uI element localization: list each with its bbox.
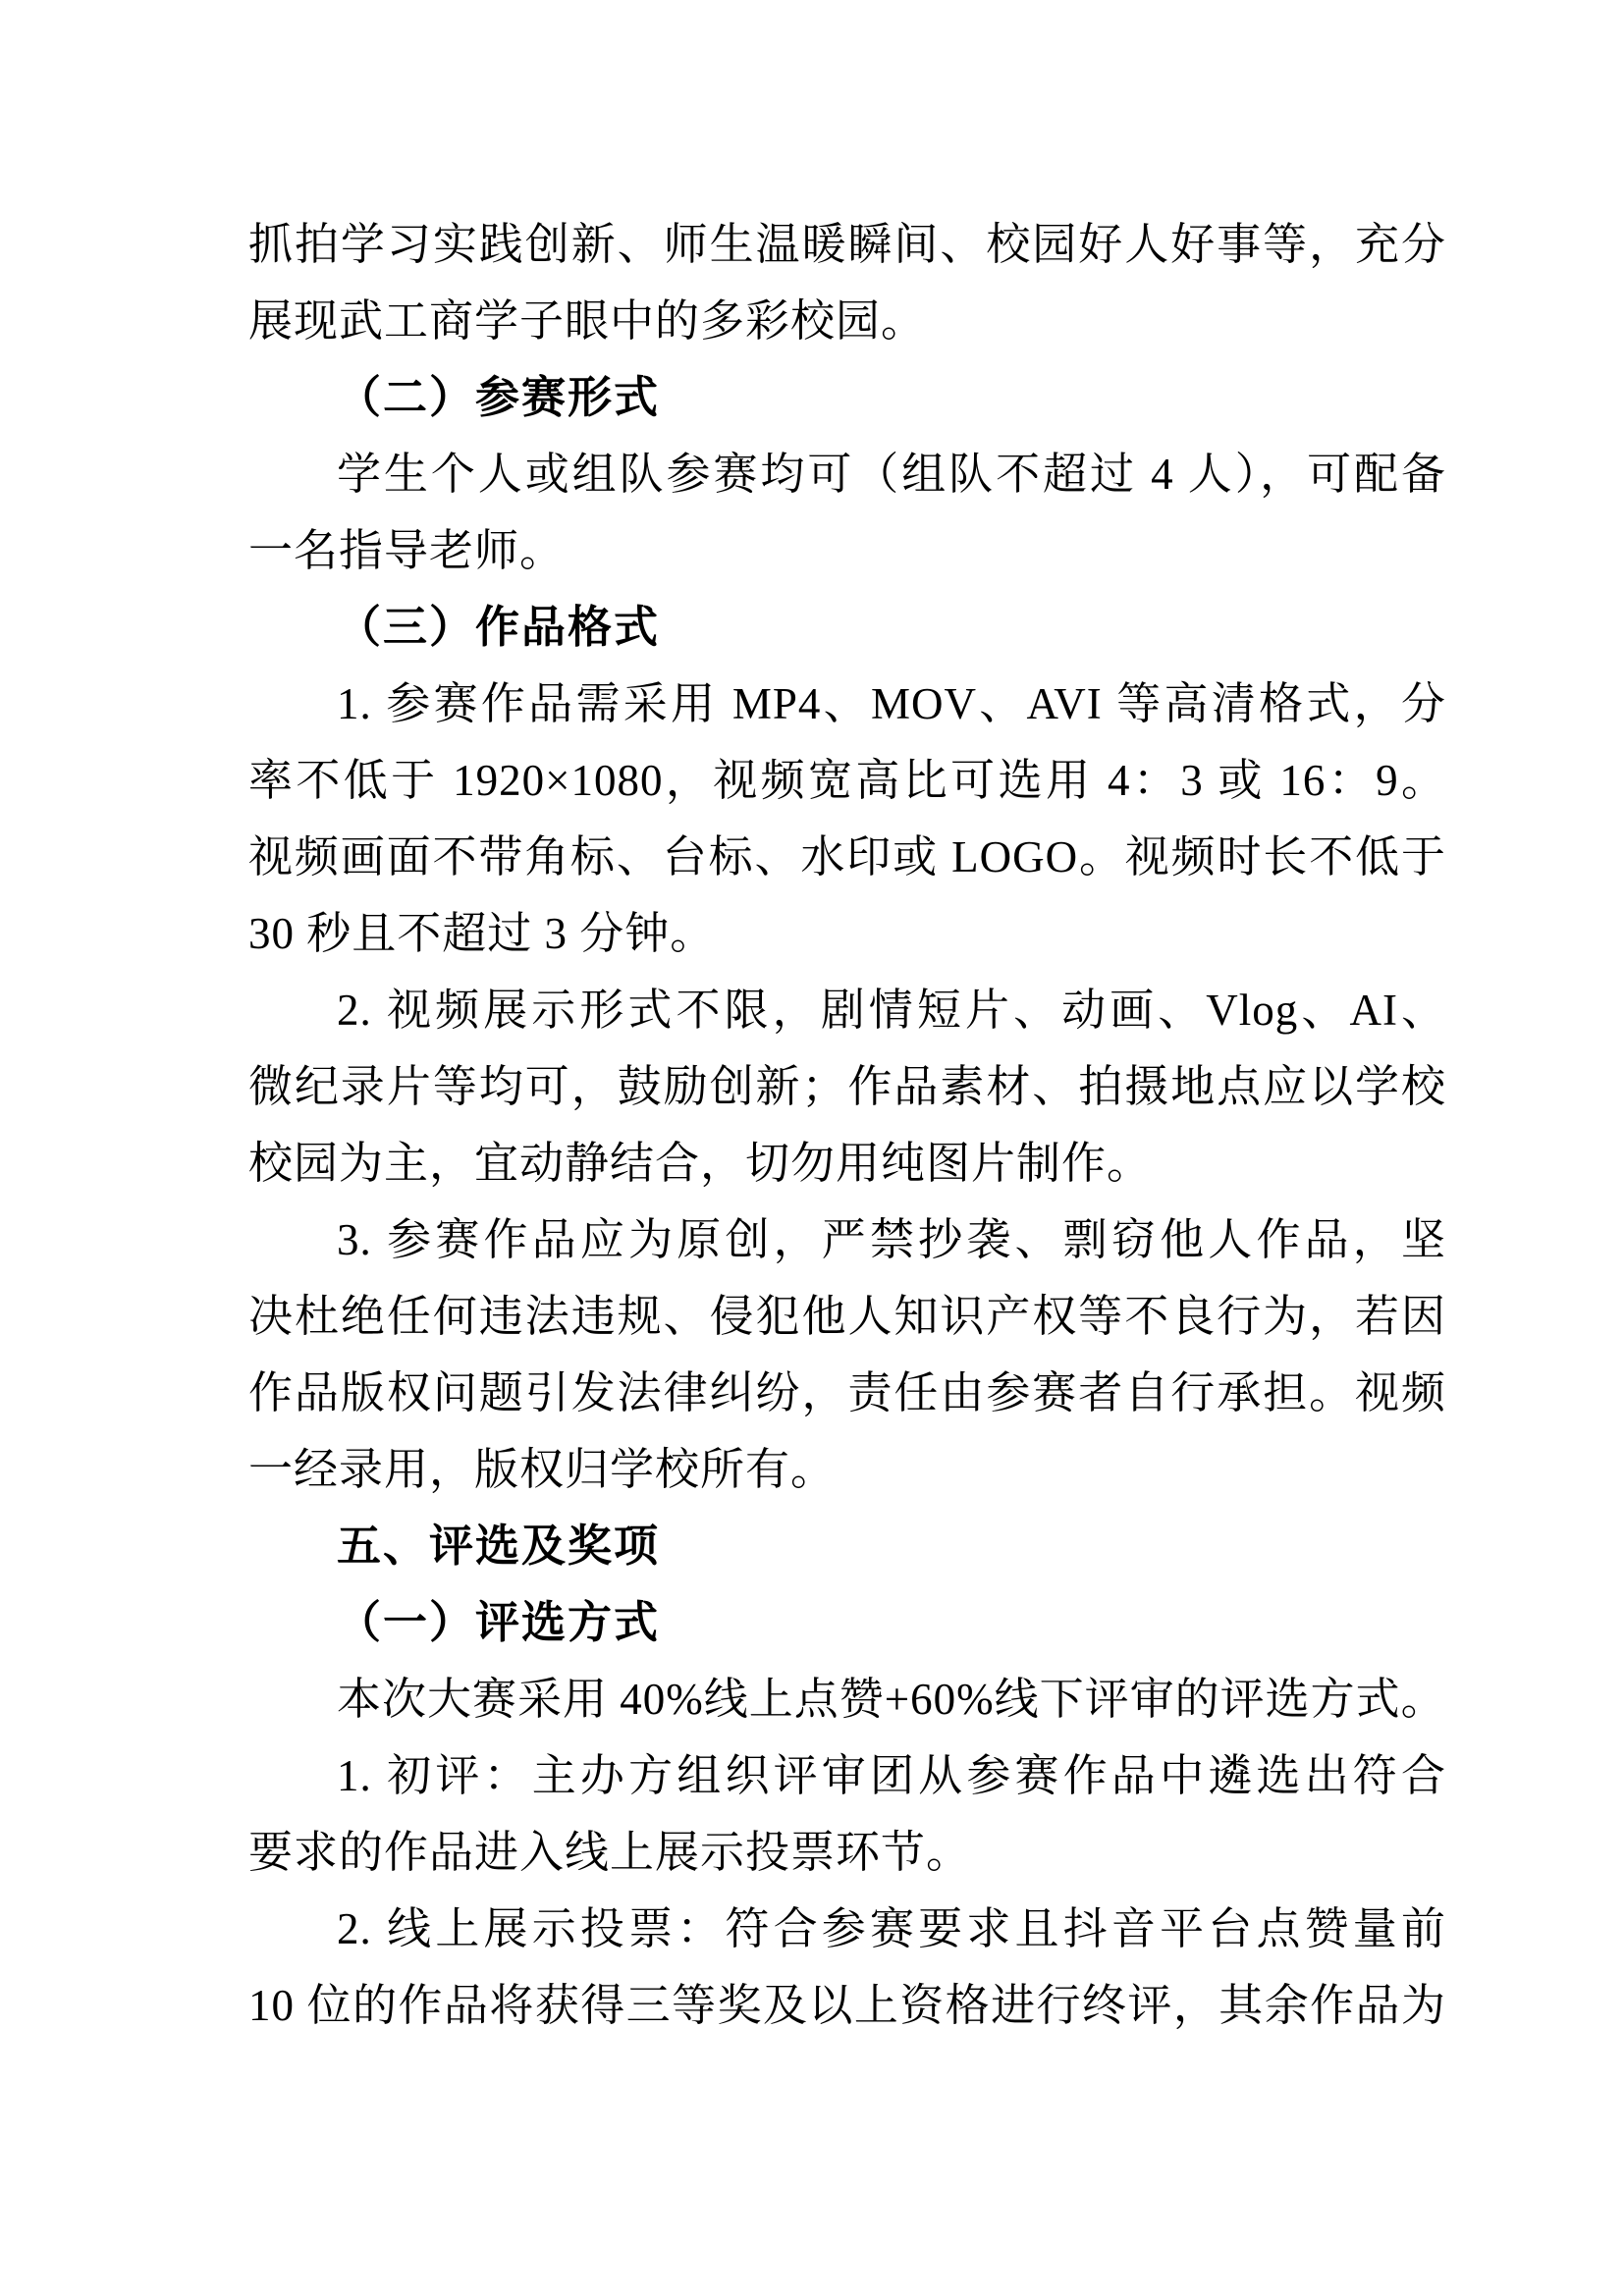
- text-line: 微纪录片等均可，鼓励创新；作品素材、拍摄地点应以学校: [248, 1048, 1446, 1125]
- document-page: 抓拍学习实践创新、师生温暖瞬间、校园好人好事等，充分展现武工商学子眼中的多彩校园…: [0, 0, 1624, 2296]
- text-line: 一名指导老师。: [248, 512, 1446, 589]
- text-line: 2. 线上展示投票：符合参赛要求且抖音平台点赞量前: [248, 1891, 1446, 1967]
- text-line: 要求的作品进入线上展示投票环节。: [248, 1814, 1446, 1891]
- text-line: 展现武工商学子眼中的多彩校园。: [248, 283, 1446, 359]
- text-line: 1. 初评：主办方组织评审团从参赛作品中遴选出符合: [248, 1737, 1446, 1814]
- text-line: 抓拍学习实践创新、师生温暖瞬间、校园好人好事等，充分: [248, 206, 1446, 283]
- text-line: 一经录用，版权归学校所有。: [248, 1431, 1446, 1508]
- text-line: 率不低于 1920×1080，视频宽高比可选用 4：3 或 16：9。: [248, 742, 1446, 819]
- text-line: 30 秒且不超过 3 分钟。: [248, 895, 1446, 972]
- text-line: 校园为主，宜动静结合，切勿用纯图片制作。: [248, 1125, 1446, 1201]
- text-line: 本次大赛采用 40%线上点赞+60%线下评审的评选方式。: [248, 1661, 1446, 1737]
- text-line: 作品版权问题引发法律纠纷，责任由参赛者自行承担。视频: [248, 1355, 1446, 1431]
- section-heading: 五、评选及奖项: [248, 1508, 1446, 1584]
- section-heading: （三）作品格式: [248, 589, 1446, 666]
- section-heading: （一）评选方式: [248, 1584, 1446, 1661]
- section-heading: （二）参赛形式: [248, 359, 1446, 436]
- text-line: 10 位的作品将获得三等奖及以上资格进行终评，其余作品为: [248, 1967, 1446, 2044]
- text-line: 1. 参赛作品需采用 MP4、MOV、AVI 等高清格式，分辨: [248, 666, 1446, 742]
- text-line: 决杜绝任何违法违规、侵犯他人知识产权等不良行为，若因: [248, 1278, 1446, 1355]
- text-line: 视频画面不带角标、台标、水印或 LOGO。视频时长不低于: [248, 819, 1446, 895]
- text-line: 3. 参赛作品应为原创，严禁抄袭、剽窃他人作品，坚: [248, 1201, 1446, 1278]
- document-content: 抓拍学习实践创新、师生温暖瞬间、校园好人好事等，充分展现武工商学子眼中的多彩校园…: [248, 206, 1446, 2044]
- text-line: 学生个人或组队参赛均可（组队不超过 4 人），可配备: [248, 436, 1446, 512]
- text-line: 2. 视频展示形式不限，剧情短片、动画、Vlog、AI、: [248, 972, 1446, 1048]
